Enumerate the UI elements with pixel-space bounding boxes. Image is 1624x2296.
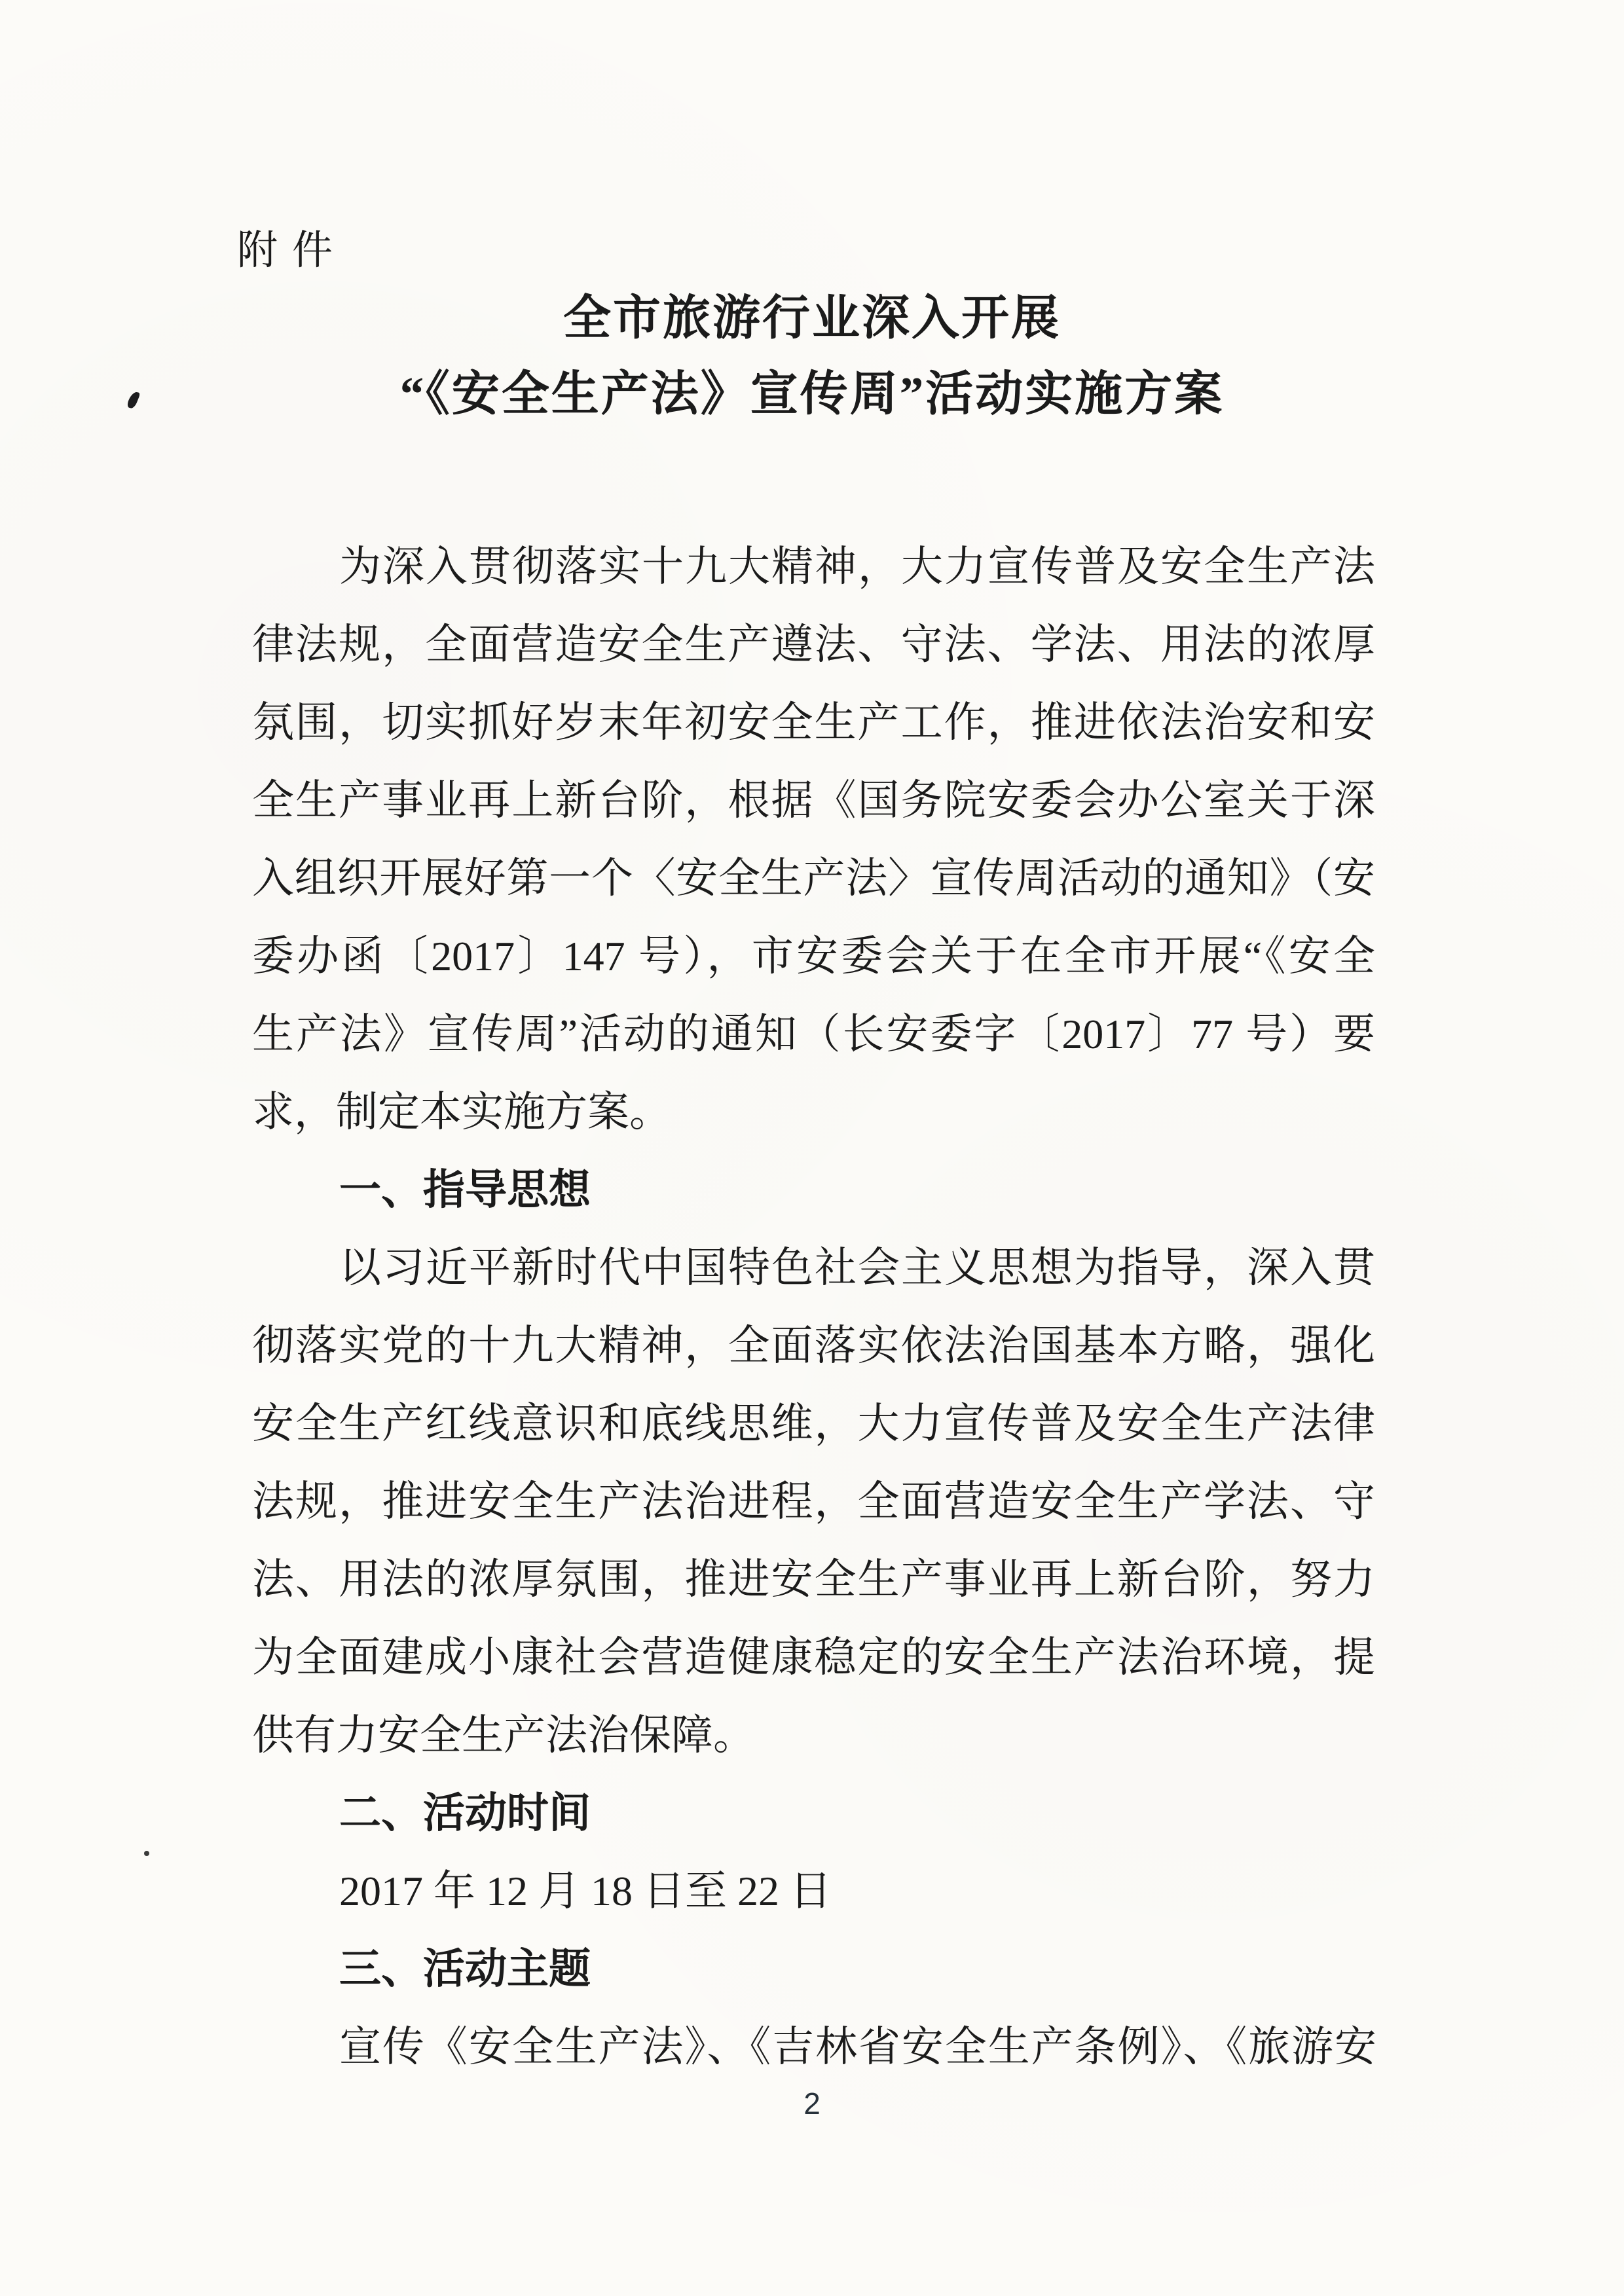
section-heading: 一、指导思想 xyxy=(252,1151,1375,1229)
text-line: 法、用法的浓厚氛围，推进安全生产事业再上新台阶，努力 xyxy=(252,1540,1375,1618)
text-line: 入组织开展好第一个〈安全生产法〉宣传周活动的通知》（安 xyxy=(252,839,1375,917)
section-heading: 二、活动时间 xyxy=(252,1774,1375,1852)
document-title: 全市旅游行业深入开展 “《安全生产法》宣传周”活动实施方案 xyxy=(0,280,1624,432)
text-line: 律法规，全面营造安全生产遵法、守法、学法、用法的浓厚 xyxy=(252,606,1375,683)
text-line: 彻落实党的十九大精神，全面落实依法治国基本方略，强化 xyxy=(252,1307,1375,1385)
text-line: 以习近平新时代中国特色社会主义思想为指导，深入贯 xyxy=(252,1229,1375,1307)
text-line: 安全生产红线意识和底线思维，大力宣传普及安全生产法律 xyxy=(252,1385,1375,1463)
text-line: 求，制定本实施方案。 xyxy=(252,1073,1375,1151)
text-line: 为深入贯彻落实十九大精神，大力宣传普及安全生产法 xyxy=(252,528,1375,606)
section-heading: 三、活动主题 xyxy=(252,1930,1375,2008)
document-body: 为深入贯彻落实十九大精神，大力宣传普及安全生产法律法规，全面营造安全生产遵法、守… xyxy=(252,528,1375,2086)
text-line: 为全面建成小康社会营造健康稳定的安全生产法治环境，提 xyxy=(252,1618,1375,1696)
text-line: 法规，推进安全生产法治进程，全面营造安全生产学法、守 xyxy=(252,1463,1375,1540)
text-line: 生产法》宣传周”活动的通知（长安委字〔2017〕77 号）要 xyxy=(252,995,1375,1073)
scan-speck xyxy=(144,1851,149,1856)
text-line: 2017 年 12 月 18 日至 22 日 xyxy=(252,1852,1375,1930)
page-number: 2 xyxy=(0,2086,1624,2121)
text-line: 供有力安全生产法治保障。 xyxy=(252,1696,1375,1774)
document-title-line1: 全市旅游行业深入开展 xyxy=(0,280,1624,356)
document-title-line2: “《安全生产法》宣传周”活动实施方案 xyxy=(0,356,1624,432)
text-line: 全生产事业再上新台阶，根据《国务院安委会办公室关于深 xyxy=(252,761,1375,839)
attachment-label: 附件 xyxy=(237,217,347,276)
document-page: 附件 全市旅游行业深入开展 “《安全生产法》宣传周”活动实施方案 为深入贯彻落实… xyxy=(0,0,1624,2296)
text-line: 氛围，切实抓好岁末年初安全生产工作，推进依法治安和安 xyxy=(252,683,1375,761)
text-line: 委办函〔2017〕147 号），市安委会关于在全市开展“《安全 xyxy=(252,917,1375,995)
text-line: 宣传《安全生产法》、《吉林省安全生产条例》、《旅游安 xyxy=(252,2008,1375,2086)
